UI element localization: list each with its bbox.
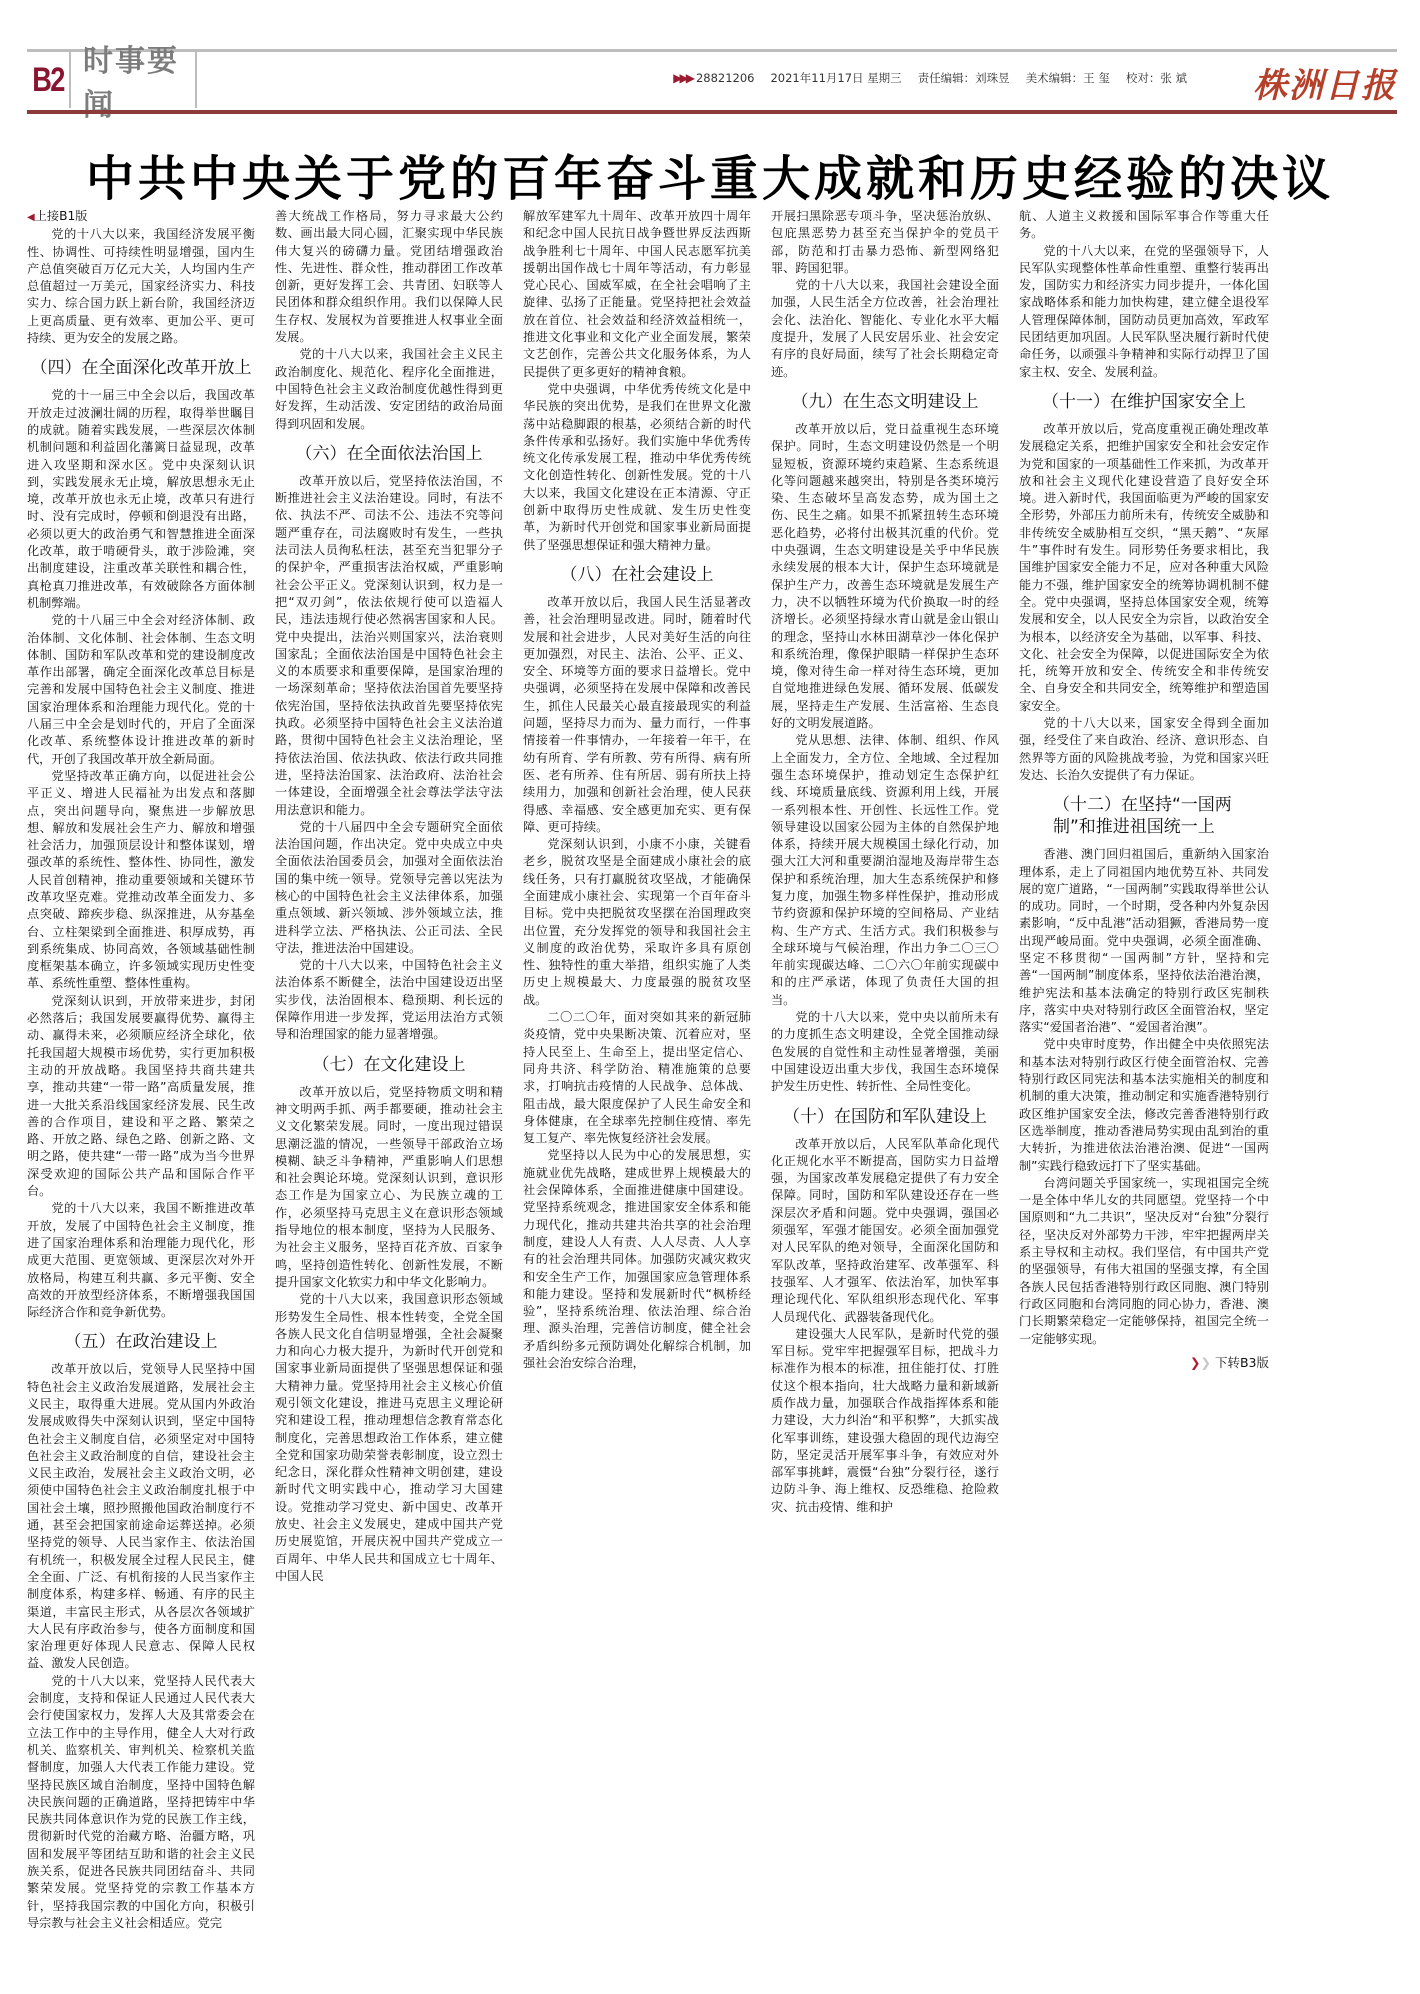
article-body: ◀上接B1版 党的十八大以来，我国经济发展平衡性、协调性、可持续性明显增强，国内… — [27, 208, 1397, 1948]
paragraph: 改革开放以后，人民军队革命化现代化正规化水平不断提高，国防实力日益增强，为国家改… — [771, 1136, 999, 1326]
paragraph: 改革开放以后，党日益重视生态环境保护。同时，生态文明建设仍然是一个明显短板，资源… — [771, 421, 999, 732]
paragraph: 改革开放以后，党坚持物质文明和精神文明两手抓、两手都要硬，推动社会主义文化繁荣发… — [275, 1084, 503, 1292]
article-column: ◀上接B1版 党的十八大以来，我国经济发展平衡性、协调性、可持续性明显增强，国内… — [27, 208, 255, 1948]
paragraph: 党的十八大以来，国家安全得到全面加强，经受住了来自政治、经济、意识形态、自然界等… — [1019, 715, 1269, 784]
section-heading: （九）在生态文明建设上 — [771, 391, 999, 413]
paragraph: 改革开放以后，党领导人民坚持中国特色社会主义政治发展道路，发展社会主义民主，取得… — [27, 1361, 255, 1672]
weekday: 星期三 — [867, 71, 902, 85]
section-heading: （十二）在坚持“一国两制”和推进祖国统一上 — [1019, 794, 1269, 838]
paragraph: 党的十一届三中全会以后，我国改革开放走过波澜壮阔的历程，取得举世瞩目的成就。随着… — [27, 387, 255, 612]
issue-code: 28821206 — [696, 71, 755, 85]
paragraph: 航、人道主义救援和国际军事合作等重大任务。 — [1019, 208, 1269, 243]
paragraph: 党的十八大以来，我国社会主义民主政治制度化、规范化、程序化全面推进，中国特色社会… — [275, 346, 503, 432]
section-heading: （五）在政治建设上 — [27, 1331, 255, 1353]
issue-date: 2021年11月17日 — [770, 71, 863, 85]
continuation-arrow-icon: ◀ — [27, 212, 35, 223]
article-column: 航、人道主义救援和国际军事合作等重大任务。党的十八大以来，在党的坚强领导下，人民… — [1019, 208, 1269, 1948]
paragraph: 党的十八大以来，中国特色社会主义法治体系不断健全，法治中国建设迈出坚实步伐，法治… — [275, 957, 503, 1043]
section-heading: （十）在国防和军队建设上 — [771, 1106, 999, 1128]
paragraph: 党的十八大以来，我国经济发展平衡性、协调性、可持续性明显增强，国内生产总值突破百… — [27, 226, 255, 347]
paragraph: 党的十八大以来，在党的坚强领导下，人民军队实现整体性革命性重塑、重整行装再出发，… — [1019, 243, 1269, 381]
section-heading: （十一）在维护国家安全上 — [1019, 391, 1269, 413]
triple-arrow-icon: ▶▶▶ — [673, 71, 692, 85]
paragraph: 党深刻认识到，开放带来进步，封闭必然落后；我国发展要赢得优势、赢得主动、赢得未来… — [27, 993, 255, 1201]
paragraph: 改革开放以后，党高度重视正确处理改革发展稳定关系，把维护国家安全和社会安定作为党… — [1019, 421, 1269, 715]
article-column: 解放军建军九十周年、改革开放四十周年和纪念中国人民抗日战争暨世界反法西斯战争胜利… — [523, 208, 751, 1948]
continued-to: ❯❯ 下转B3版 — [1019, 1354, 1269, 1371]
paragraph: 党深刻认识到，小康不小康，关键看老乡，脱贫攻坚是全面建成小康社会的底线任务，只有… — [523, 836, 751, 1009]
section-heading: （七）在文化建设上 — [275, 1054, 503, 1076]
continuation-arrow-icon: ❯ — [1201, 1355, 1215, 1370]
paragraph: 党的十八大以来，我国社会建设全面加强，人民生活全方位改善，社会治理社会化、法治化… — [771, 277, 999, 381]
article-column: 开展扫黑除恶专项斗争，坚决惩治放纵、包庇黑恶势力甚至充当保护伞的党员干部，防范和… — [771, 208, 999, 1948]
paragraph: 二〇二〇年，面对突如其来的新冠肺炎疫情，党中央果断决策、沉着应对，坚持人民至上、… — [523, 1009, 751, 1147]
header-red-rule — [27, 110, 1397, 114]
continuation-arrow-icon: ❯ — [1190, 1355, 1200, 1370]
paragraph: 党的十八届三中全会对经济体制、政治体制、文化体制、社会体制、生态文明体制、国防和… — [27, 612, 255, 768]
paragraph: 改革开放以后，党坚持依法治国，不断推进社会主义法治建设。同时，有法不依、执法不严… — [275, 473, 503, 819]
paragraph: 党的十八大以来，我国不断推进改革开放，发展了中国特色社会主义制度，推进了国家治理… — [27, 1200, 255, 1321]
paragraph: 香港、澳门回归祖国后，重新纳入国家治理体系，走上了同祖国内地优势互补、共同发展的… — [1019, 846, 1269, 1036]
paragraph: 党的十八届四中全会专题研究全面依法治国问题，作出决定。党中央成立中央全面依法治国… — [275, 819, 503, 957]
page-number: B2 — [31, 61, 65, 100]
paragraph: 台湾问题关乎国家统一，实现祖国完全统一是全体中华儿女的共同愿望。党坚持一个中国原… — [1019, 1175, 1269, 1348]
article-column: 善大统战工作格局，努力寻求最大公约数、画出最大同心圆，汇聚实现中华民族伟大复兴的… — [275, 208, 503, 1948]
paragraph: 党的十八大以来，我国意识形态领域形势发生全局性、根本性转变，全党全国各族人民文化… — [275, 1291, 503, 1585]
article-headline: 中共中央关于党的百年奋斗重大成就和历史经验的决议 — [0, 140, 1420, 209]
section-heading: （四）在全面深化改革开放上 — [27, 357, 255, 379]
masthead-logo: 株洲日报 — [1253, 58, 1397, 107]
page-header: B2 时事要闻 ▶▶▶28821206 2021年11月17日 星期三 责任编辑… — [27, 52, 1397, 108]
paragraph: 党从思想、法律、体制、组织、作风上全面发力，全方位、全地域、全过程加强生态环境保… — [771, 732, 999, 1009]
paragraph: 党坚持以人民为中心的发展思想，实施就业优先战略，建成世界上规模最大的社会保障体系… — [523, 1147, 751, 1372]
paragraph: 党中央审时度势，作出健全中央依照宪法和基本法对特别行政区行使全面管治权、完善特别… — [1019, 1036, 1269, 1174]
edition-meta: ▶▶▶28821206 2021年11月17日 星期三 责任编辑：刘珠昱 美术编… — [673, 70, 1187, 86]
paragraph: 党坚持改革正确方向，以促进社会公平正义、增进人民福祉为出发点和落脚点，突出问题导… — [27, 768, 255, 993]
chief-editor: 责任编辑：刘珠昱 — [918, 70, 1010, 86]
header-divider — [195, 52, 197, 108]
paragraph: 党的十八大以来，党中央以前所未有的力度抓生态文明建设，全党全国推动绿色发展的自觉… — [771, 1009, 999, 1095]
paragraph: 改革开放以后，我国人民生活显著改善，社会治理明显改进。同时，随着时代发展和社会进… — [523, 594, 751, 836]
paragraph: 解放军建军九十周年、改革开放四十周年和纪念中国人民抗日战争暨世界反法西斯战争胜利… — [523, 208, 751, 381]
paragraph: 善大统战工作格局，努力寻求最大公约数、画出最大同心圆，汇聚实现中华民族伟大复兴的… — [275, 208, 503, 346]
continued-from: ◀上接B1版 — [27, 208, 255, 226]
art-editor: 美术编辑：王 玺 — [1026, 70, 1110, 86]
date-group: 2021年11月17日 星期三 — [770, 70, 901, 86]
issue-code-group: ▶▶▶28821206 — [673, 71, 754, 85]
paragraph: 开展扫黑除恶专项斗争，坚决惩治放纵、包庇黑恶势力甚至充当保护伞的党员干部，防范和… — [771, 208, 999, 277]
section-heading: （八）在社会建设上 — [523, 564, 751, 586]
paragraph: 建设强大人民军队，是新时代党的强军目标。党牢牢把握强军目标，把战斗力标准作为根本… — [771, 1326, 999, 1516]
paragraph: 党中央强调，中华优秀传统文化是中华民族的突出优势，是我们在世界文化激荡中站稳脚跟… — [523, 381, 751, 554]
proofreader: 校对：张 斌 — [1126, 70, 1187, 86]
section-heading: （六）在全面依法治国上 — [275, 443, 503, 465]
paragraph: 党的十八大以来，党坚持人民代表大会制度，支持和保证人民通过人民代表大会行使国家权… — [27, 1673, 255, 1932]
